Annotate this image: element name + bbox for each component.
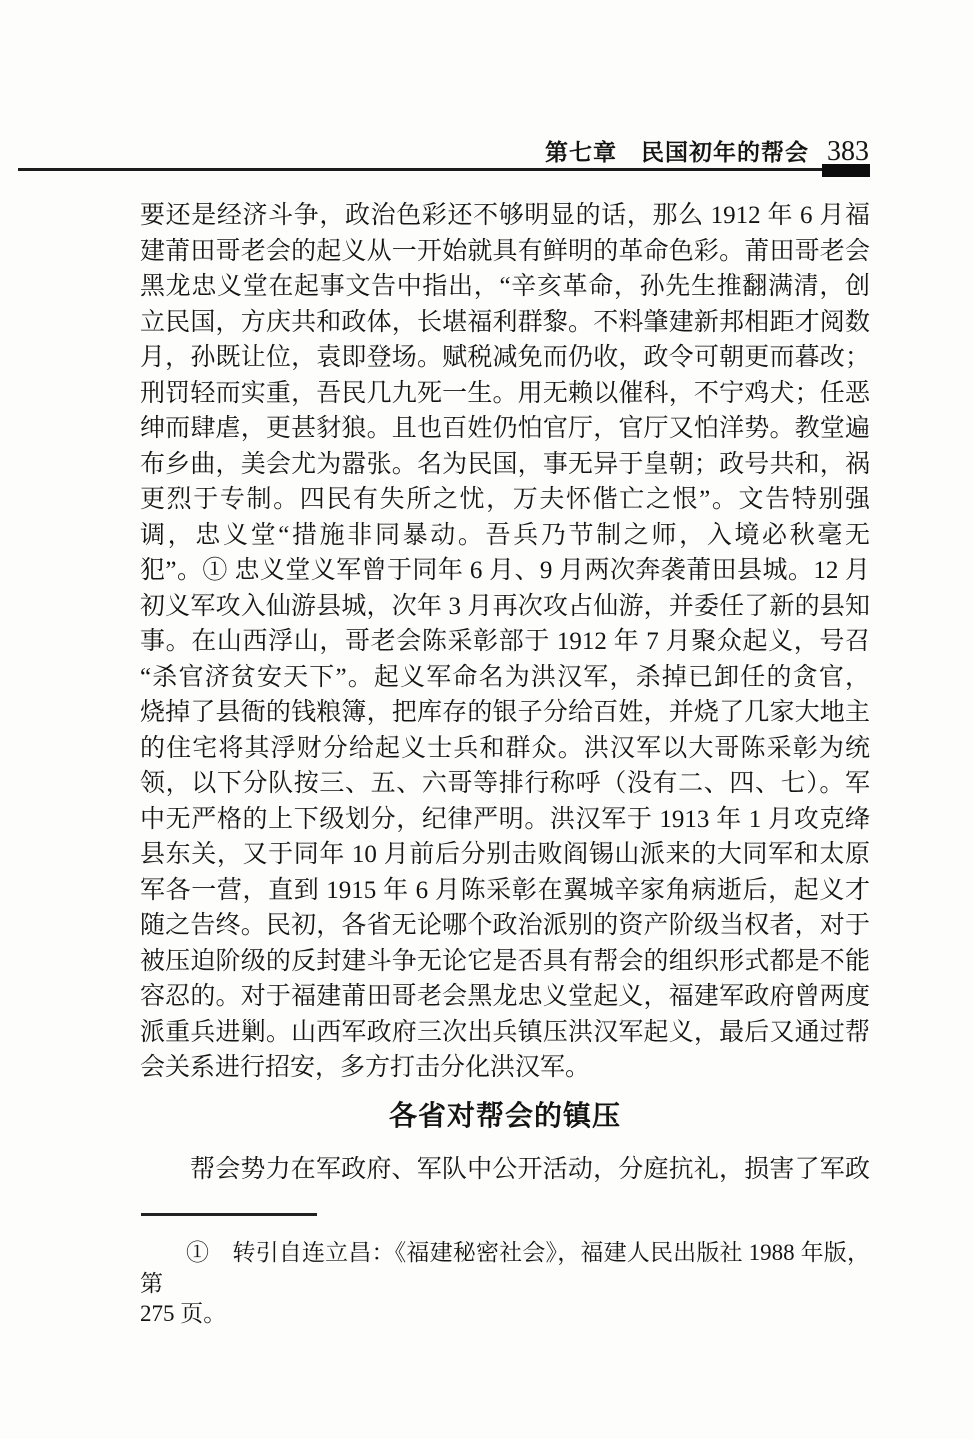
body-text-line: 绅而肆虐，更甚豺狼。且也百姓仍怕官厅，官厅又怕洋势。教堂遍: [140, 411, 870, 447]
footnote: ① 转引自连立昌：《福建秘密社会》，福建人民出版社 1988 年版，第275 页…: [140, 1238, 870, 1330]
section-heading: 各省对帮会的镇压: [140, 1098, 870, 1134]
body-text-line: 县东关，又于同年 10 月前后分别击败阎锡山派来的大同军和太原: [140, 837, 870, 873]
second-paragraph: 帮会势力在军政府、军队中公开活动，分庭抗礼，损害了军政: [140, 1152, 870, 1188]
header-rule: [18, 168, 870, 171]
body-text-line: 领，以下分队按三、五、六哥等排行称呼（没有二、四、七）。军: [140, 766, 870, 802]
body-text-line: 建莆田哥老会的起义从一开始就具有鲜明的革命色彩。莆田哥老会: [140, 234, 870, 270]
body-text-line: 的住宅将其浮财分给起义士兵和群众。洪汉军以大哥陈采彰为统: [140, 731, 870, 767]
footnote-line: ① 转引自连立昌：《福建秘密社会》，福建人民出版社 1988 年版，第: [140, 1238, 870, 1299]
body-text-line: 随之告终。民初，各省无论哪个政治派别的资产阶级当权者，对于: [140, 908, 870, 944]
body-text-line: 月，孙既让位，袁即登场。赋税减免而仍收，政令可朝更而暮改；: [140, 340, 870, 376]
body-text-line: 布乡曲，美会尤为嚣张。名为民国，事无异于皇朝；政号共和，祸: [140, 447, 870, 483]
book-page: 第七章 民国初年的帮会383 要还是经济斗争，政治色彩还不够明显的话，那么 19…: [0, 0, 973, 1439]
body-text-line: 要还是经济斗争，政治色彩还不够明显的话，那么 1912 年 6 月福: [140, 198, 870, 234]
body-text-line: 刑罚轻而实重，吾民几九死一生。用无赖以催科，不宁鸡犬；任恶: [140, 376, 870, 412]
chapter-title: 第七章 民国初年的帮会: [545, 140, 809, 166]
footnote-rule: [141, 1213, 317, 1216]
body-text-line: 犯”。① 忠义堂义军曾于同年 6 月、9 月两次奔袭莆田县城。12 月: [140, 553, 870, 589]
body-text-line: 中无严格的上下级划分，纪律严明。洪汉军于 1913 年 1 月攻克绛: [140, 802, 870, 838]
page-number: 383: [827, 136, 869, 167]
body-text-line: “杀官济贫安天下”。起义军命名为洪汉军，杀掉已卸任的贪官，: [140, 660, 870, 696]
body-text-line: 容忍的。对于福建莆田哥老会黑龙忠义堂起义，福建军政府曾两度: [140, 979, 870, 1015]
body-text-line: 初义军攻入仙游县城，次年 3 月再次攻占仙游，并委任了新的县知: [140, 589, 870, 625]
body-text-line: 军各一营，直到 1915 年 6 月陈采彰在翼城辛家角病逝后，起义才: [140, 873, 870, 909]
footnote-line: 275 页。: [140, 1299, 870, 1330]
body-text-line: 烧掉了县衙的钱粮簿，把库存的银子分给百姓，并烧了几家大地主: [140, 695, 870, 731]
body-text-line: 调，忠义堂“措施非同暴动。吾兵乃节制之师，入境必秋毫无: [140, 518, 870, 554]
body-text-line: 被压迫阶级的反封建斗争无论它是否具有帮会的组织形式都是不能: [140, 944, 870, 980]
body-text-line: 黑龙忠义堂在起事文告中指出，“辛亥革命，孙先生推翻满清，创: [140, 269, 870, 305]
body-text-line: 派重兵进剿。山西军政府三次出兵镇压洪汉军起义，最后又通过帮: [140, 1015, 870, 1051]
running-head: 第七章 民国初年的帮会383: [0, 134, 869, 168]
body-text-line: 立民国，方庆共和政体，长堪福利群黎。不料肇建新邦相距才阅数: [140, 305, 870, 341]
main-paragraph: 要还是经济斗争，政治色彩还不够明显的话，那么 1912 年 6 月福建莆田哥老会…: [140, 198, 870, 1086]
body-text-line: 事。在山西浮山，哥老会陈采彰部于 1912 年 7 月聚众起义，号召: [140, 624, 870, 660]
body-text-line: 更烈于专制。四民有失所之忧，万夫怀偕亡之恨”。文告特别强: [140, 482, 870, 518]
body-text-line: 会关系进行招安，多方打击分化洪汉军。: [140, 1050, 870, 1086]
header-rule-end-block: [822, 164, 870, 177]
